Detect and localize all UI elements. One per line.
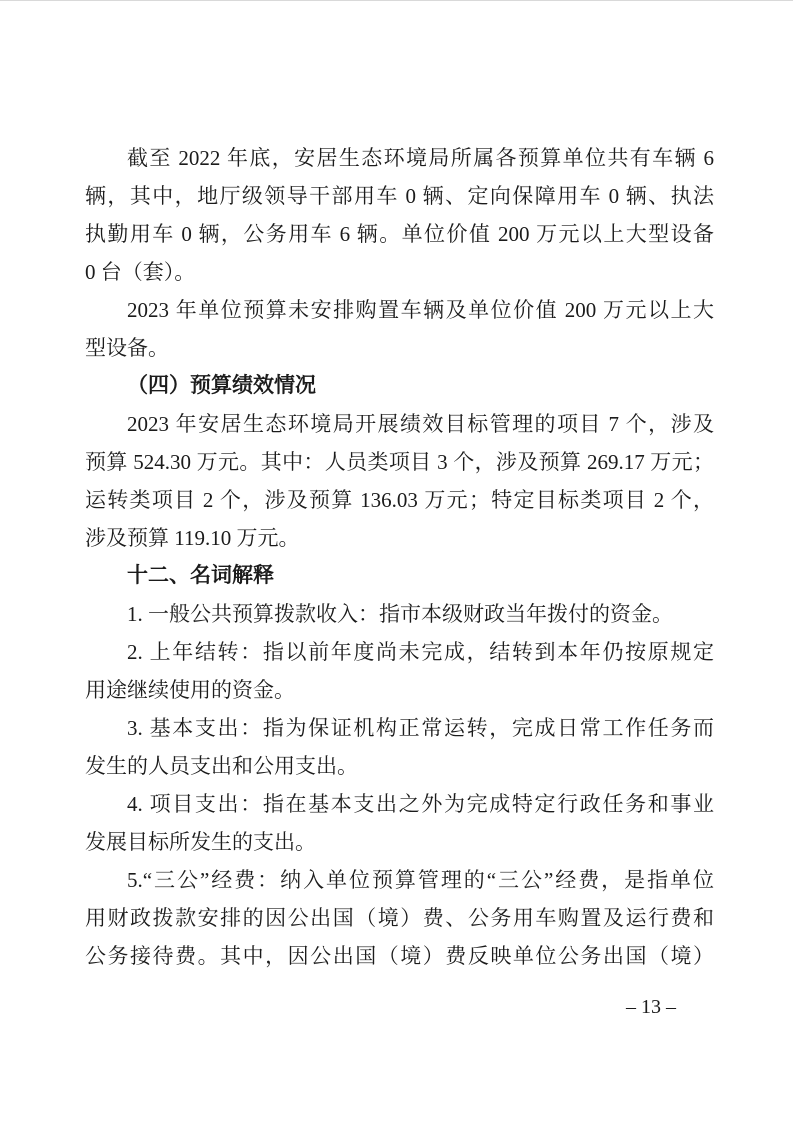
text-line: 涉及预算 119.10 万元。 — [85, 519, 714, 557]
term-1-general-public-budget-appropriation-income: 1. 一般公共预算拨款收入：指市本级财政当年拨付的资金。 — [85, 595, 714, 633]
page-top-edge — [0, 0, 793, 1]
text-line: 发生的人员支出和公用支出。 — [85, 747, 714, 785]
text-line: 2023 年单位预算未安排购置车辆及单位价值 200 万元以上大 — [85, 291, 714, 329]
text-line: 预算 524.30 万元。其中：人员类项目 3 个，涉及预算 269.17 万元… — [85, 443, 714, 481]
text-line: 截至 2022 年底，安居生态环境局所属各预算单位共有车辆 6 — [85, 139, 714, 177]
para-vehicle-fleet-2022: 截至 2022 年底，安居生态环境局所属各预算单位共有车辆 6辆，其中，地厅级领… — [85, 139, 714, 291]
text-line: 2023 年安居生态环境局开展绩效目标管理的项目 7 个，涉及 — [85, 405, 714, 443]
text-line: 0 台（套）。 — [85, 253, 714, 291]
text-line: 5.“三公”经费：纳入单位预算管理的“三公”经费，是指单位 — [85, 861, 714, 899]
text-line: 用财政拨款安排的因公出国（境）费、公务用车购置及运行费和 — [85, 899, 714, 937]
text-line: 3. 基本支出：指为保证机构正常运转，完成日常工作任务而 — [85, 709, 714, 747]
text-line: 发展目标所发生的支出。 — [85, 823, 714, 861]
text-line: （四）预算绩效情况 — [85, 367, 714, 405]
text-line: 1. 一般公共预算拨款收入：指市本级财政当年拨付的资金。 — [85, 595, 714, 633]
term-5-three-public-expenses: 5.“三公”经费：纳入单位预算管理的“三公”经费，是指单位用财政拨款安排的因公出… — [85, 861, 714, 975]
term-4-project-expenditure: 4. 项目支出：指在基本支出之外为完成特定行政任务和事业发展目标所发生的支出。 — [85, 785, 714, 861]
text-line: 执勤用车 0 辆，公务用车 6 辆。单位价值 200 万元以上大型设备 — [85, 215, 714, 253]
heading-glossary: 十二、名词解释 — [85, 557, 714, 595]
page-number: – 13 – — [596, 994, 706, 1020]
document-content: 截至 2022 年底，安居生态环境局所属各预算单位共有车辆 6辆，其中，地厅级领… — [85, 139, 714, 975]
text-line: 型设备。 — [85, 329, 714, 367]
para-2023-no-new-purchases: 2023 年单位预算未安排购置车辆及单位价值 200 万元以上大型设备。 — [85, 291, 714, 367]
text-line: 辆，其中，地厅级领导干部用车 0 辆、定向保障用车 0 辆、执法 — [85, 177, 714, 215]
text-line: 十二、名词解释 — [85, 557, 714, 595]
text-line: 运转类项目 2 个，涉及预算 136.03 万元；特定目标类项目 2 个， — [85, 481, 714, 519]
heading-budget-performance: （四）预算绩效情况 — [85, 367, 714, 405]
term-2-carryover-from-previous-year: 2. 上年结转：指以前年度尚未完成，结转到本年仍按原规定用途继续使用的资金。 — [85, 633, 714, 709]
text-line: 公务接待费。其中，因公出国（境）费反映单位公务出国（境） — [85, 937, 714, 975]
text-line: 4. 项目支出：指在基本支出之外为完成特定行政任务和事业 — [85, 785, 714, 823]
document-page: 截至 2022 年底，安居生态环境局所属各预算单位共有车辆 6辆，其中，地厅级领… — [0, 0, 793, 1122]
text-line: 2. 上年结转：指以前年度尚未完成，结转到本年仍按原规定 — [85, 633, 714, 671]
para-performance-targets-2023: 2023 年安居生态环境局开展绩效目标管理的项目 7 个，涉及预算 524.30… — [85, 405, 714, 557]
term-3-basic-expenditure: 3. 基本支出：指为保证机构正常运转，完成日常工作任务而发生的人员支出和公用支出… — [85, 709, 714, 785]
text-line: 用途继续使用的资金。 — [85, 671, 714, 709]
